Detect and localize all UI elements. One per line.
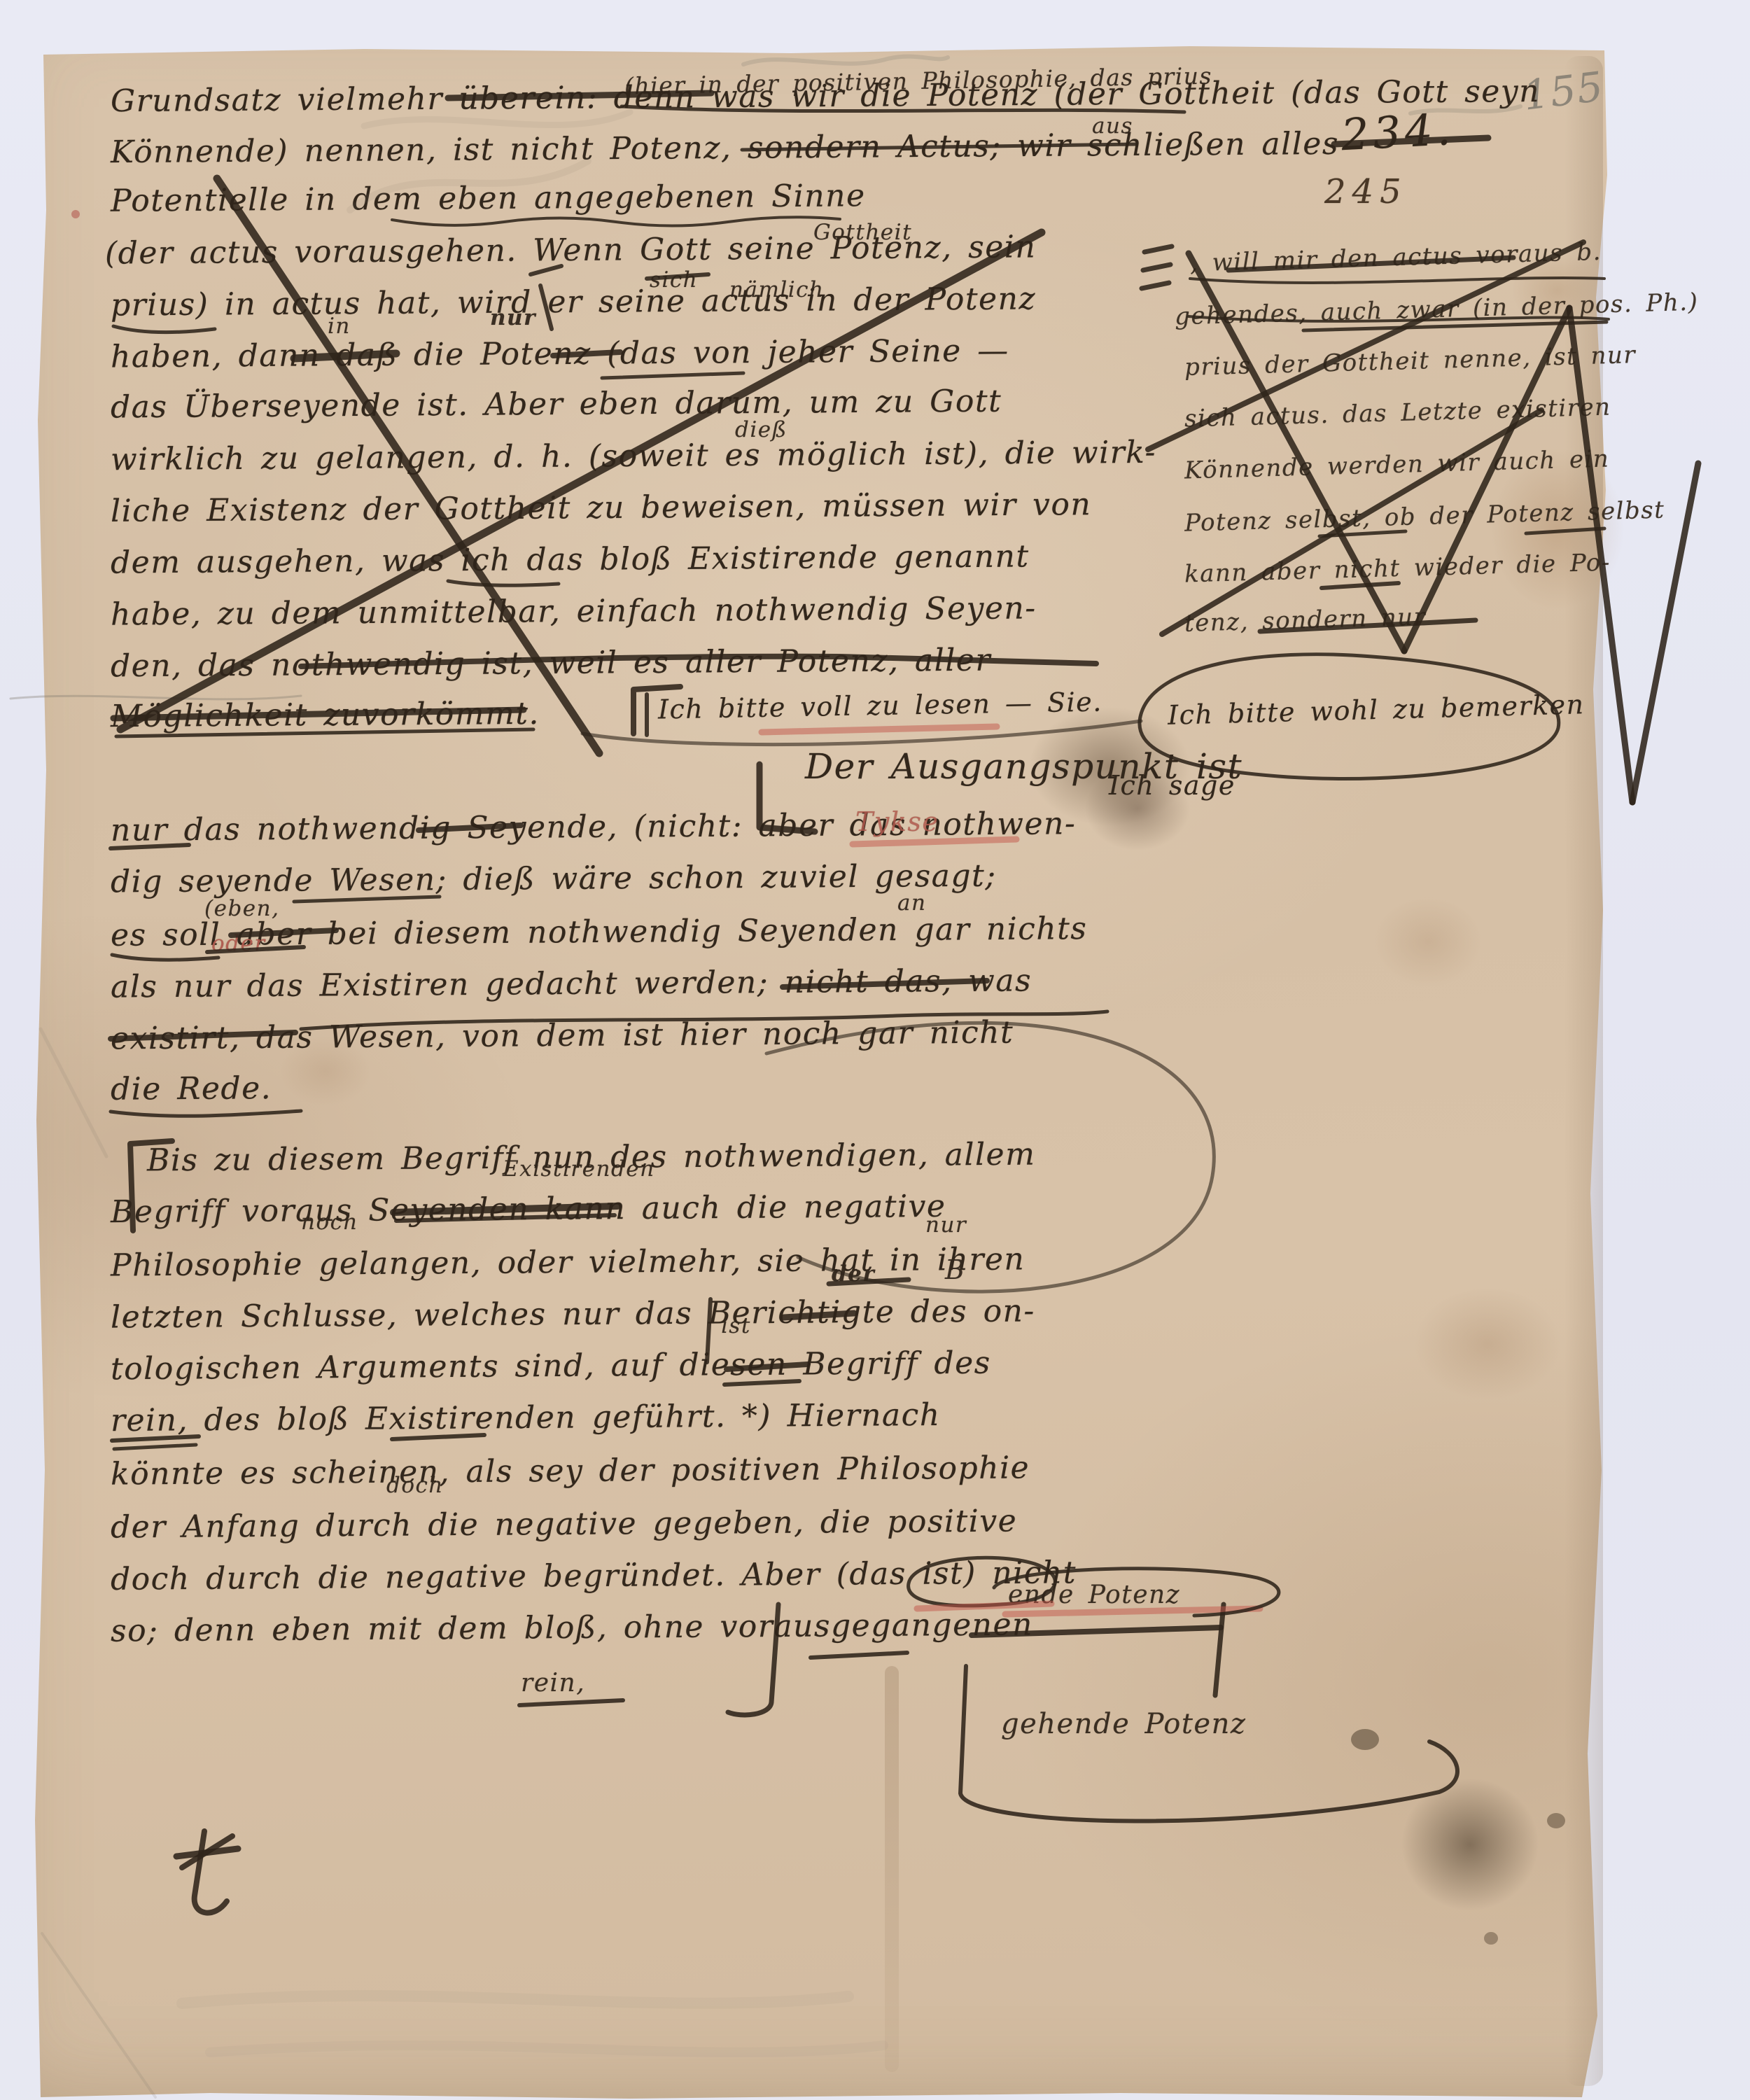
interline-insert: Gottheit <box>813 220 912 245</box>
interline-insert: rein, <box>521 1669 585 1697</box>
interline-insert-red: oder <box>211 931 266 956</box>
interline-insert: ende Potenz <box>1008 1581 1180 1609</box>
margin-note-ich-sage: Ich sage <box>1109 770 1235 801</box>
manuscript-line: dig seyende Wesen; dieß wäre schon zuvie… <box>111 858 997 900</box>
manuscript-line: der Anfang durch die negative gegeben, d… <box>111 1503 1018 1545</box>
interline-insert: doch <box>386 1473 444 1498</box>
manuscript-line: existirt, das Wesen, von dem ist hier no… <box>111 1014 1014 1056</box>
interline-insert: nur <box>490 305 536 330</box>
interline-insert: (eben, <box>204 896 279 921</box>
scan-background: 155 234. 245 (hier in der positiven Phil… <box>0 0 1750 2100</box>
manuscript-line: die Rede. <box>111 1070 272 1107</box>
manuscript-line: liche Existenz der Gottheit zu beweisen,… <box>111 486 1092 529</box>
manuscript-line: haben, dann daß die Potenz (das von jehe… <box>111 333 1009 375</box>
interline-insert: B <box>945 1254 965 1285</box>
interline-insert: der <box>832 1261 875 1287</box>
manuscript-line: habe, zu dem unmittelbar, einfach nothwe… <box>111 590 1037 632</box>
interline-insert: an <box>897 890 926 916</box>
manuscript-line: Begriff voraus Seyenden kann auch die ne… <box>111 1189 946 1230</box>
manuscript-line: Möglichkeit zuvorkömmt. <box>111 696 540 734</box>
interline-insert: aus <box>1092 113 1133 139</box>
manuscript-line: wirklich zu gelangen, d. h. (soweit es m… <box>111 435 1156 477</box>
new-page-number: 245 <box>1324 172 1408 211</box>
manuscript-line: rein, des bloß Existirenden geführt. *) … <box>111 1397 941 1438</box>
manuscript-line: tologischen Arguments sind, auf diesen B… <box>111 1345 991 1387</box>
manuscript-line: prius) in actus hat, wird er seine actus… <box>111 281 1036 323</box>
interline-insert: Existirenden <box>503 1156 655 1182</box>
manuscript-line: den, das nothwendig ist, weil es aller P… <box>111 643 991 685</box>
manuscript-line: das Überseyende ist. Aber eben darum, um… <box>111 384 1002 426</box>
interline-insert: sich <box>650 267 698 293</box>
manuscript-line: letzten Schlusse, welches nur das Berich… <box>111 1293 1035 1335</box>
manuscript-line: als nur das Existiren gedacht werden; ni… <box>111 962 1032 1004</box>
margin-note-red-overwrite: Tykse <box>855 806 939 837</box>
manuscript-line: dem ausgehen, was ich das bloß Existiren… <box>111 538 1030 580</box>
interline-insert: noch <box>301 1210 358 1235</box>
interline-insert: ist <box>721 1313 751 1338</box>
interline-insert: in <box>328 314 351 339</box>
interline-insert: nur <box>925 1212 967 1238</box>
manuscript-line: könnte es scheinen, als sey der positive… <box>111 1450 1030 1492</box>
interline-insert: dieß <box>735 417 787 442</box>
manuscript-line: Philosophie gelangen, oder vielmehr, sie… <box>111 1241 1025 1283</box>
manuscript-line: so; denn eben mit dem bloß, ohne vorausg… <box>111 1606 1033 1648</box>
interline-insert: gehende Potenz <box>1001 1708 1246 1740</box>
manuscript-line: Potentielle in dem eben angegebenen Sinn… <box>111 178 866 219</box>
old-page-number-struck: 234. <box>1340 104 1456 160</box>
manuscript-line: doch durch die negative begründet. Aber … <box>111 1555 1077 1597</box>
interline-insert: nämlich <box>729 277 825 302</box>
